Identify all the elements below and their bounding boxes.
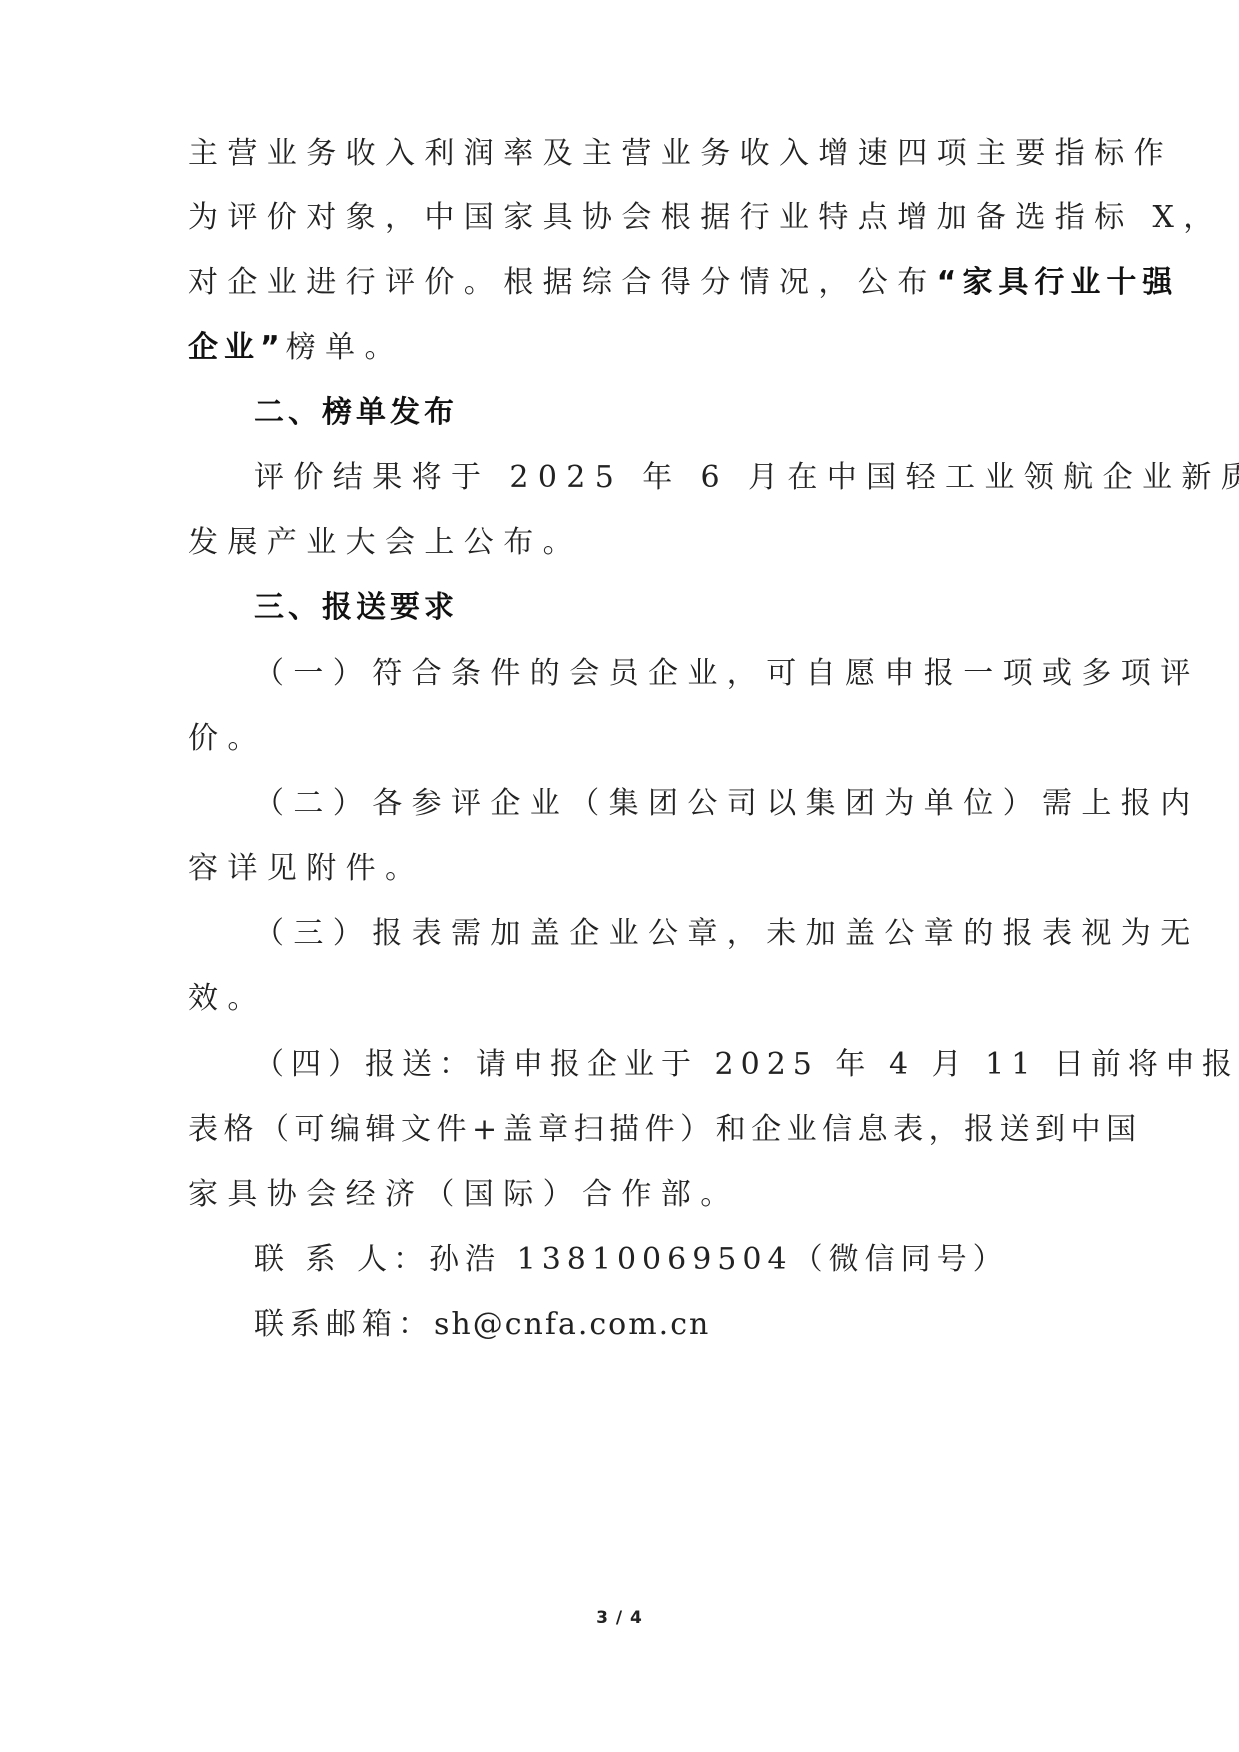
text: 为评价对象，中国家具协会根据行业特点增加备选指标 X， — [188, 200, 1223, 235]
text: 表格（可编辑文件+盖章扫描件）和企业信息表，报送到中国 — [188, 1112, 1142, 1147]
text: 发展产业大会上公布。 — [188, 525, 582, 560]
paragraph-line: 主营业务收入利润率及主营业务收入增速四项主要指标作 — [188, 134, 1048, 174]
text: （一）符合条件的会员企业，可自愿申报一项或多项评 — [254, 656, 1200, 691]
contact-person: 联 系 人：孙浩 13810069504（微信同号） — [254, 1240, 1114, 1280]
text: 榜单。 — [286, 330, 404, 365]
ranking-title-bold: 企业” — [188, 330, 286, 365]
paragraph-line: 对企业进行评价。根据综合得分情况，公布“家具行业十强 — [188, 263, 1048, 303]
paragraph-line: 评价结果将于 2025 年 6 月在中国轻工业领航企业新质 — [254, 458, 1114, 498]
requirement-item-4: （四）报送：请申报企业于 2025 年 4 月 11 日前将申报 — [254, 1045, 1114, 1085]
requirement-item-3: （三）报表需加盖企业公章，未加盖公章的报表视为无 — [254, 914, 1114, 954]
requirement-item-3-cont: 效。 — [188, 979, 1048, 1019]
paragraph-line: 为评价对象，中国家具协会根据行业特点增加备选指标 X， — [188, 198, 1048, 238]
contact-email-label: 联系邮箱： — [254, 1307, 434, 1342]
paragraph-line: 企业”榜单。 — [188, 328, 1048, 368]
paragraph-line: 发展产业大会上公布。 — [188, 523, 1048, 563]
requirement-item-1-cont: 价。 — [188, 719, 1048, 759]
contact-email-value: sh@cnfa.com.cn — [434, 1307, 710, 1342]
requirement-item-1: （一）符合条件的会员企业，可自愿申报一项或多项评 — [254, 654, 1114, 694]
contact-person-label: 联 系 人： — [254, 1242, 429, 1277]
text: 评价结果将于 2025 年 6 月在中国轻工业领航企业新质 — [254, 460, 1239, 495]
text: 容详见附件。 — [188, 851, 424, 886]
document-page: 主营业务收入利润率及主营业务收入增速四项主要指标作 为评价对象，中国家具协会根据… — [0, 0, 1239, 1752]
requirement-item-2-cont: 容详见附件。 — [188, 849, 1048, 889]
text: （二）各参评企业（集团公司以集团为单位）需上报内 — [254, 786, 1200, 821]
requirement-item-4-cont: 家具协会经济（国际）合作部。 — [188, 1175, 1048, 1215]
text: 对企业进行评价。根据综合得分情况，公布 — [188, 265, 937, 300]
requirement-item-4-cont: 表格（可编辑文件+盖章扫描件）和企业信息表，报送到中国 — [188, 1110, 1048, 1150]
requirement-item-2: （二）各参评企业（集团公司以集团为单位）需上报内 — [254, 784, 1114, 824]
text: 家具协会经济（国际）合作部。 — [188, 1177, 740, 1212]
contact-email: 联系邮箱：sh@cnfa.com.cn — [254, 1305, 1114, 1345]
contact-person-value: 孙浩 13810069504（微信同号） — [429, 1242, 1009, 1277]
text: 效。 — [188, 981, 267, 1016]
text: 价。 — [188, 721, 267, 756]
page-number: 3 / 4 — [0, 1608, 1239, 1628]
section-heading-requirements: 三、报送要求 — [254, 588, 1114, 628]
text: （三）报表需加盖企业公章，未加盖公章的报表视为无 — [254, 916, 1200, 951]
text: （四）报送：请申报企业于 2025 年 4 月 11 日前将申报 — [254, 1047, 1239, 1082]
section-heading-release: 二、榜单发布 — [254, 393, 1114, 433]
ranking-title-bold: “家具行业十强 — [937, 265, 1179, 300]
text: 主营业务收入利润率及主营业务收入增速四项主要指标作 — [188, 136, 1173, 171]
